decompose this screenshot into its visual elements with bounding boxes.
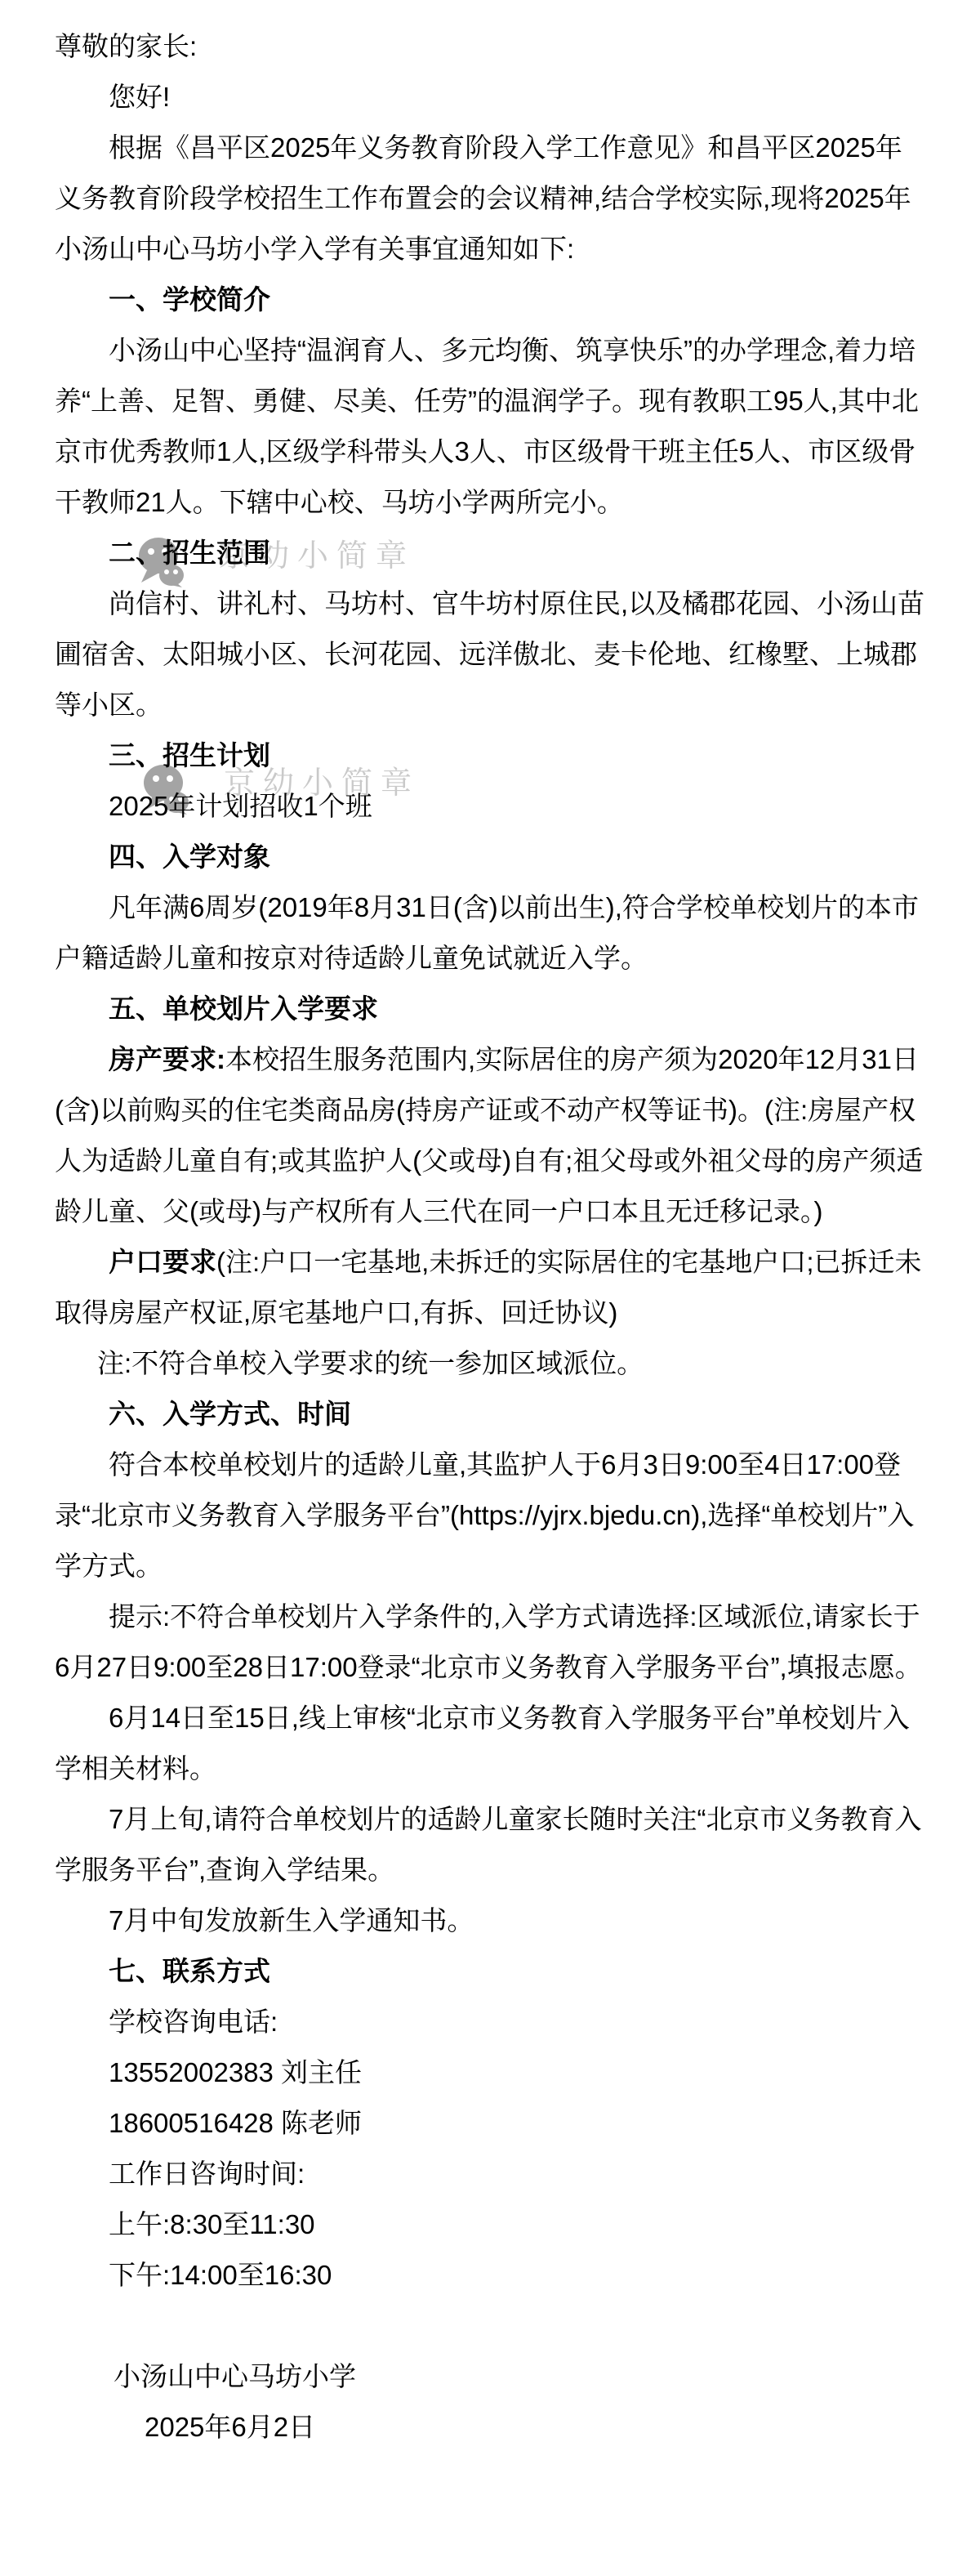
paragraph: 下午:14:00至16:30 [55, 2250, 925, 2301]
section-heading: 三、招生计划 [55, 730, 925, 781]
section-heading: 四、入学对象 [55, 832, 925, 882]
paragraph: 2025年计划招收1个班 [55, 781, 925, 832]
paragraph: 7月中旬发放新生入学通知书。 [55, 1895, 925, 1946]
paragraph: 根据《昌平区2025年义务教育阶段入学工作意见》和昌平区2025年义务教育阶段学… [55, 123, 925, 275]
paragraph: 学校咨询电话: [55, 1997, 925, 2047]
paragraph: 户口要求(注:户口一宅基地,未拆迁的实际居住的宅基地户口;已拆迁未取得房屋产权证… [55, 1237, 925, 1338]
paragraph: 上午:8:30至11:30 [55, 2199, 925, 2250]
section-heading: 二、招生范围 [55, 528, 925, 578]
paragraph: 小汤山中心坚持“温润育人、多元均衡、筑享快乐”的办学理念,着力培养“上善、足智、… [55, 325, 925, 528]
section-heading: 一、学校简介 [55, 275, 925, 325]
paragraph: 尊敬的家长: [55, 21, 925, 72]
notice-body: 尊敬的家长:您好!根据《昌平区2025年义务教育阶段入学工作意见》和昌平区202… [0, 0, 980, 2453]
notice-page: 京幼小简章 京幼小简章 尊敬的家长:您好!根据《昌平区2025年义务教育阶段入学… [0, 0, 980, 2576]
bold-lead: 户口要求 [109, 1247, 216, 1277]
bold-lead: 房产要求: [109, 1044, 225, 1074]
paragraph: 房产要求:本校招生服务范围内,实际居住的房产须为2020年12月31日(含)以前… [55, 1034, 925, 1237]
paragraph: 2025年6月2日 [55, 2402, 925, 2453]
paragraph: 工作日咨询时间: [55, 2149, 925, 2199]
section-heading: 五、单校划片入学要求 [55, 984, 925, 1034]
paragraph: 提示:不符合单校划片入学条件的,入学方式请选择:区域派位,请家长于6月27日9:… [55, 1592, 925, 1693]
paragraph: 13552002383 刘主任 [55, 2047, 925, 2098]
paragraph: 注:不符合单校入学要求的统一参加区域派位。 [55, 1338, 925, 1389]
paragraph: 您好! [55, 72, 925, 123]
paragraph: 18600516428 陈老师 [55, 2098, 925, 2149]
paragraph: 6月14日至15日,线上审核“北京市义务教育入学服务平台”单校划片入学相关材料。 [55, 1693, 925, 1794]
paragraph: 小汤山中心马坊小学 [55, 2351, 925, 2402]
paragraph: 凡年满6周岁(2019年8月31日(含)以前出生),符合学校单校划片的本市户籍适… [55, 882, 925, 984]
paragraph: 7月上旬,请符合单校划片的适龄儿童家长随时关注“北京市义务教育入学服务平台”,查… [55, 1794, 925, 1895]
section-heading: 七、联系方式 [55, 1946, 925, 1997]
section-heading: 六、入学方式、时间 [55, 1389, 925, 1440]
paragraph: 符合本校单校划片的适龄儿童,其监护人于6月3日9:00至4日17:00登录“北京… [55, 1440, 925, 1592]
paragraph: 尚信村、讲礼村、马坊村、官牛坊村原住民,以及橘郡花园、小汤山苗圃宿舍、太阳城小区… [55, 578, 925, 730]
blank-line [55, 2301, 925, 2351]
